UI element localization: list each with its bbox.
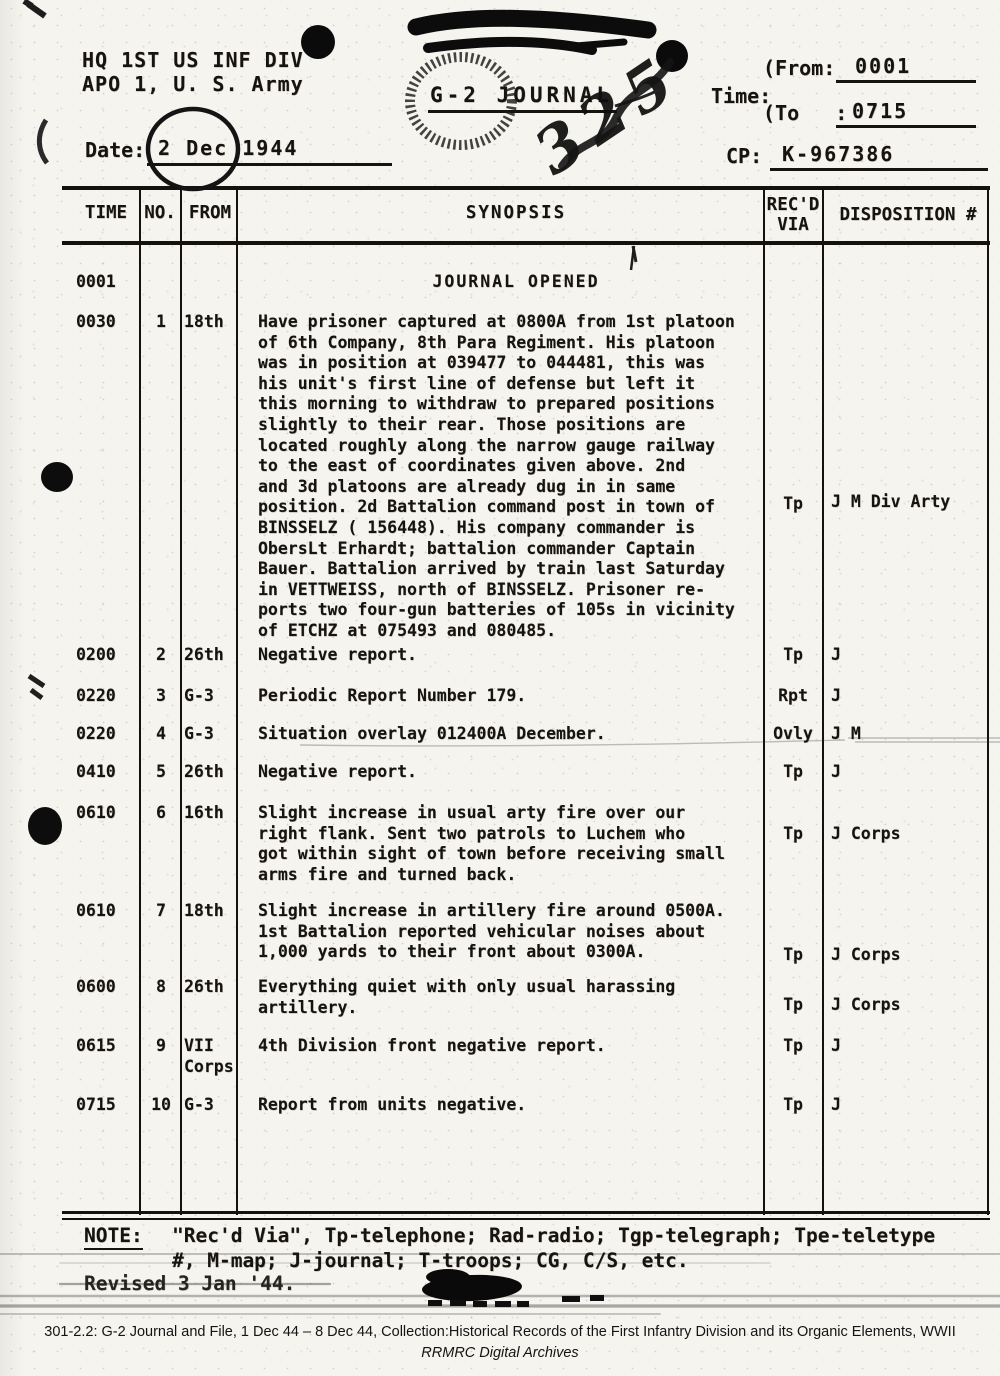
table-bottom-rule-1	[62, 1211, 990, 1214]
col-header-synopsis: SYNOPSIS	[258, 203, 774, 223]
row-synopsis: Everything quiet with only usual harassi…	[258, 977, 774, 1018]
row-disposition: J M	[831, 724, 991, 745]
row-disposition: J	[831, 645, 991, 666]
margin-mark	[29, 676, 44, 698]
cp-label: CP:	[726, 144, 762, 168]
row-from: 26th	[184, 645, 238, 666]
row-from: G-3	[184, 686, 238, 707]
row-no: 6	[141, 803, 181, 824]
archive-credit: RRMRC Digital Archives	[0, 1345, 1000, 1361]
row-disposition: J Corps	[831, 945, 991, 966]
row-disposition: J Corps	[831, 995, 991, 1016]
row-time: 0600	[76, 977, 138, 998]
time-from-label: (From:	[763, 56, 835, 80]
stray-apostrophe	[633, 246, 636, 262]
margin-paren	[39, 120, 47, 163]
row-recd-via: Tp	[765, 762, 821, 783]
row-recd-via: Tp	[765, 645, 821, 666]
row-recd-via: Rpt	[765, 686, 821, 707]
row-recd-via: Tp	[765, 995, 821, 1016]
row-no: 2	[141, 645, 181, 666]
col-header-from: FROM	[182, 203, 238, 223]
row-recd-via: Tp	[765, 824, 821, 845]
table-top-rule	[62, 186, 990, 190]
row-recd-via: Tp	[765, 945, 821, 966]
row-no: 9	[141, 1036, 181, 1057]
archive-caption: 301-2.2: G-2 Journal and File, 1 Dec 44 …	[0, 1324, 1000, 1340]
to-underline	[836, 125, 976, 128]
date-underline	[147, 163, 392, 166]
row-from: 18th	[184, 312, 238, 333]
row-disposition: J	[831, 686, 991, 707]
row-time: 0220	[76, 686, 138, 707]
row-recd-via: Ovly	[765, 724, 821, 745]
corner-tick	[24, 1, 45, 16]
row-from: 16th	[184, 803, 238, 824]
row-no: 5	[141, 762, 181, 783]
stray-mark-synopsis	[631, 246, 634, 270]
row-synopsis: JOURNAL OPENED	[258, 272, 774, 293]
handwritten-scrawl: 325	[521, 40, 694, 190]
row-synopsis: Negative report.	[258, 645, 774, 666]
row-time: 0220	[76, 724, 138, 745]
col-header-disposition: DISPOSITION #	[826, 205, 990, 225]
marker-scribble	[416, 18, 648, 50]
cp-value: K-967386	[782, 142, 894, 166]
row-recd-via: Tp	[765, 1036, 821, 1057]
row-synopsis: 4th Division front negative report.	[258, 1036, 774, 1057]
row-synopsis: Periodic Report Number 179.	[258, 686, 774, 707]
row-no: 10	[141, 1095, 181, 1116]
row-no: 3	[141, 686, 181, 707]
row-time: 0715	[76, 1095, 138, 1116]
row-no: 1	[141, 312, 181, 333]
margin-blob-1	[41, 462, 73, 492]
from-underline	[836, 80, 976, 83]
row-synopsis: Situation overlay 012400A December.	[258, 724, 774, 745]
row-disposition: J	[831, 1095, 991, 1116]
note-label: NOTE:	[84, 1224, 143, 1250]
time-to-label: (To :	[763, 101, 847, 125]
row-disposition: J Corps	[831, 824, 991, 845]
col-header-time: TIME	[76, 203, 136, 223]
row-time: 0001	[76, 272, 138, 293]
col-header-recd-via: REC'D VIA	[762, 195, 824, 235]
row-recd-via: Tp	[765, 1095, 821, 1116]
cp-underline	[770, 168, 988, 171]
row-synopsis: Slight increase in usual arty fire over …	[258, 803, 774, 885]
col-header-no: NO.	[140, 203, 180, 223]
row-synopsis: Slight increase in artillery fire around…	[258, 901, 774, 963]
row-no: 4	[141, 724, 181, 745]
row-from: 26th	[184, 977, 238, 998]
row-time: 0200	[76, 645, 138, 666]
row-no: 7	[141, 901, 181, 922]
row-no: 8	[141, 977, 181, 998]
row-synopsis: Negative report.	[258, 762, 774, 783]
row-from: 26th	[184, 762, 238, 783]
row-disposition: J	[831, 1036, 991, 1057]
org-line-1: HQ 1ST US INF DIV	[82, 48, 304, 72]
org-line-2: APO 1, U. S. Army	[82, 72, 304, 96]
date-label: Date:	[85, 138, 145, 162]
row-disposition: J M Div Arty	[831, 492, 991, 513]
col-divider-recd-disposition	[822, 189, 824, 1215]
row-synopsis: Report from units negative.	[258, 1095, 774, 1116]
row-from: 18th	[184, 901, 238, 922]
table-header-rule	[62, 241, 990, 245]
scanned-document-page: { "header": { "org_line1": "HQ 1ST US IN…	[0, 0, 1000, 1376]
row-disposition: J	[831, 762, 991, 783]
row-from: G-3	[184, 1095, 238, 1116]
row-from: G-3	[184, 724, 238, 745]
note-line-2: #, M-map; J-journal; T-troops; CG, C/S, …	[172, 1249, 689, 1272]
date-value: 2 Dec 1944	[158, 136, 298, 160]
ink-dot-top	[301, 25, 335, 59]
row-time: 0030	[76, 312, 138, 333]
row-time: 0615	[76, 1036, 138, 1057]
row-time: 0410	[76, 762, 138, 783]
table-bottom-rule-2	[62, 1218, 990, 1220]
row-time: 0610	[76, 901, 138, 922]
note-line-1: "Rec'd Via", Tp-telephone; Rad-radio; Tg…	[172, 1224, 935, 1247]
row-synopsis: Have prisoner captured at 0800A from 1st…	[258, 312, 774, 642]
revised-line: Revised 3 Jan '44.	[84, 1272, 295, 1295]
bottom-ink-blob	[422, 1269, 604, 1304]
margin-blob-2	[28, 807, 62, 845]
row-time: 0610	[76, 803, 138, 824]
row-recd-via: Tp	[765, 494, 821, 515]
row-from: VII Corps	[184, 1036, 238, 1077]
time-to-value: 0715	[852, 99, 908, 123]
time-from-value: 0001	[855, 54, 911, 78]
